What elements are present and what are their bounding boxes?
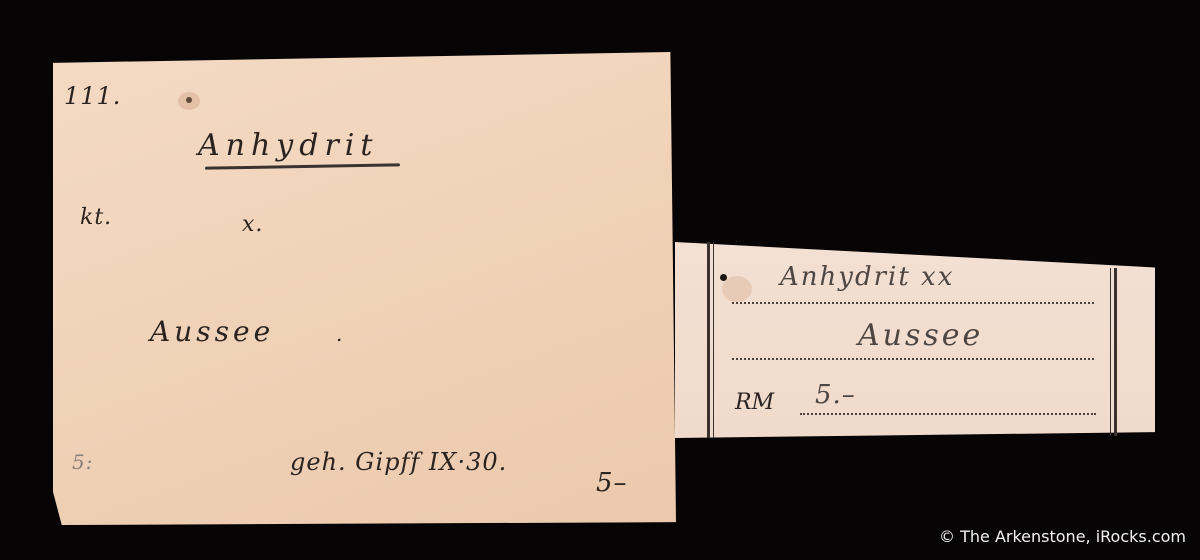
truncated-header: ... [735, 234, 745, 245]
mineral-name: Anhydrit xx [780, 262, 954, 292]
copyright-credit: © The Arkenstone, iRocks.com [939, 527, 1186, 546]
dotted-line-price [800, 413, 1096, 415]
form-mark: x. [242, 212, 263, 237]
acquisition-note: geh. Gipff IX·30. [290, 448, 507, 476]
right-border-line-outer [1110, 268, 1111, 436]
left-border-line-outer [707, 242, 710, 438]
currency-label: RM [735, 390, 774, 415]
stain [722, 276, 752, 302]
locality: Aussee [858, 318, 983, 353]
left-border-line-inner [713, 242, 714, 438]
locality-period: . [336, 322, 343, 346]
price: 5– [596, 468, 628, 498]
dotted-line-1 [732, 302, 1094, 304]
label-number: 111. [64, 82, 121, 110]
right-border-line-inner [1114, 268, 1117, 436]
price: 5.– [815, 380, 856, 410]
dotted-line-2 [732, 358, 1094, 360]
stain [178, 92, 200, 110]
faint-pencil-mark: 5: [72, 450, 93, 474]
locality: Aussee [150, 315, 274, 348]
mineral-name: Anhydrit [198, 128, 378, 163]
form-prefix: kt. [80, 205, 112, 230]
